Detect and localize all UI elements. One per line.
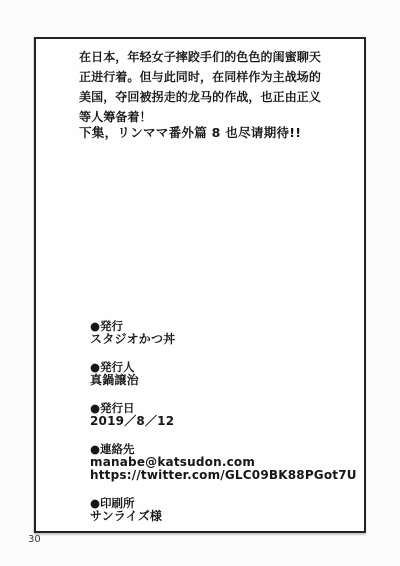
publish-date: 2019／8／12	[90, 415, 357, 428]
next-issue-teaser: 下集，リンママ番外篇 8 也尽请期待!!	[79, 123, 301, 143]
afterword-paragraph: 在日本，年轻女子摔跤手们的色色的闺蜜聊天 正进行着。但与此同时，在同样作为主战场…	[79, 47, 329, 127]
author-section: ●発行人 真鍋譲治	[90, 361, 357, 387]
publisher-section: ●発行 スタジオかつ丼	[90, 320, 357, 346]
page-number: 30	[28, 534, 41, 546]
afterword-line: 正进行着。但与此同时，在同样作为主战场的	[79, 67, 329, 87]
colophon-border-frame: 在日本，年轻女子摔跤手们的色色的闺蜜聊天 正进行着。但与此同时，在同样作为主战场…	[34, 37, 366, 533]
author-name: 真鍋譲治	[90, 374, 357, 387]
publication-credits: ●発行 スタジオかつ丼 ●発行人 真鍋譲治 ●発行日 2019／8／12 ●連絡…	[90, 320, 357, 538]
publish-date-section: ●発行日 2019／8／12	[90, 402, 357, 428]
printer-name: サンライズ様	[90, 510, 357, 523]
contact-section: ●連絡先 manabe@katsudon.com https://twitter…	[90, 443, 357, 482]
contact-twitter-url: https://twitter.com/GLC09BK88PGot7U	[90, 469, 357, 482]
afterword-line: 在日本，年轻女子摔跤手们的色色的闺蜜聊天	[79, 47, 329, 67]
publisher-name: スタジオかつ丼	[90, 333, 357, 346]
scanned-doujin-colophon-page: { "afterword": { "lines": [ "在日本，年轻女子摔跤手…	[0, 0, 400, 566]
afterword-line: 美国，夺回被拐走的龙马的作战，也正由正义	[79, 87, 329, 107]
printer-section: ●印刷所 サンライズ様	[90, 497, 357, 523]
